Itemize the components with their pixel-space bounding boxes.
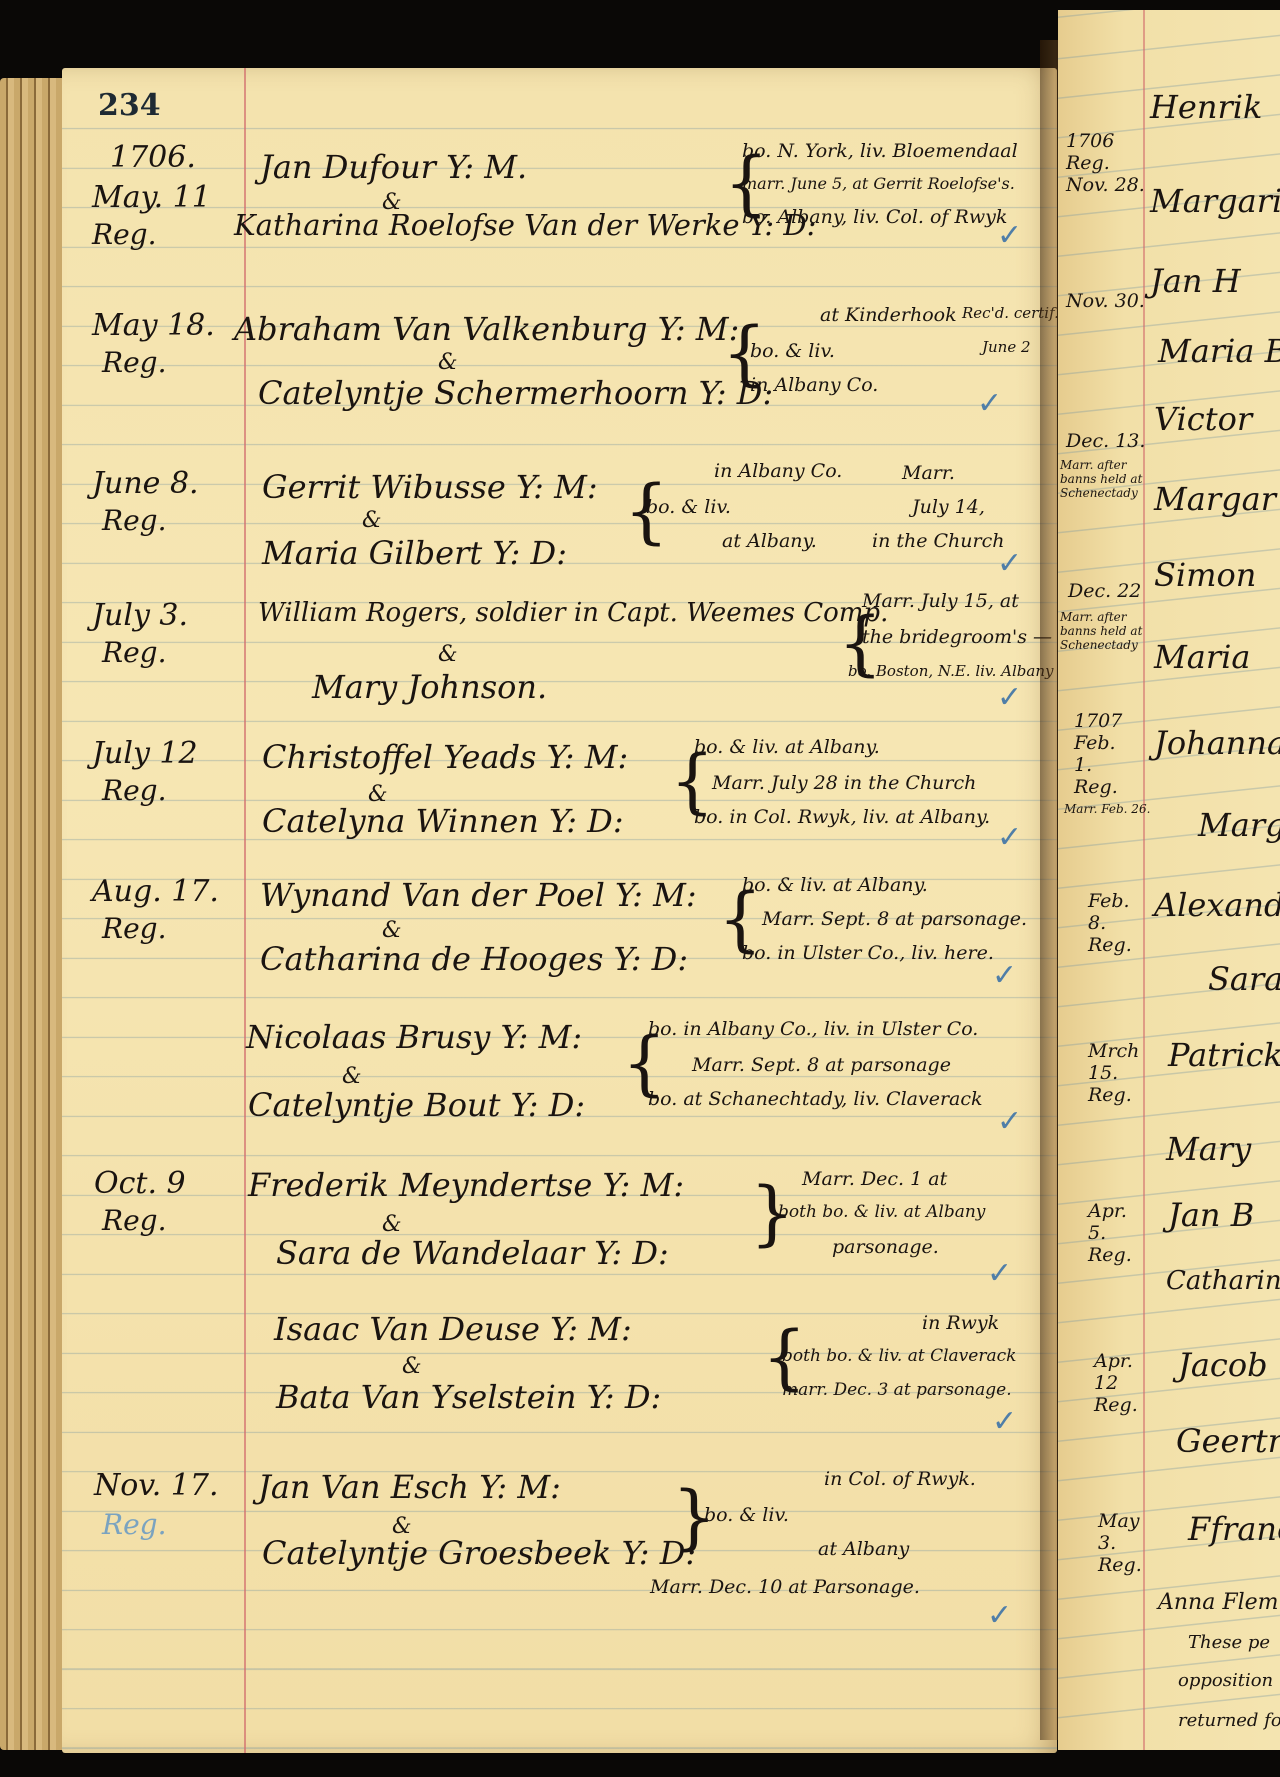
entry-note: bo. & liv. (750, 340, 835, 362)
entry-note: the bridegroom's — (862, 626, 1052, 648)
entry-note: Marr. after banns held at Schenectady (1060, 458, 1144, 500)
bride-name: Sara de Wandelaar Y: D: (276, 1234, 669, 1272)
groom-name: Nicolaas Brusy Y: M: (246, 1018, 582, 1056)
left-page: 234 1706. May. 11 Reg. Jan Dufour Y: M. … (62, 68, 1057, 1753)
entry-name: Alexander (1154, 886, 1280, 924)
entry-name: Patrick (1168, 1036, 1280, 1074)
entry-reg: Reg. (102, 346, 166, 379)
entry-note: bo. Albany, liv. Col. of Rwyk (742, 206, 1007, 228)
entry-date: Nov. 30. (1066, 290, 1145, 312)
checkmark-icon: ✓ (997, 680, 1022, 715)
entry-name: Simon (1154, 556, 1256, 594)
entry-name: Sara (1208, 960, 1280, 998)
checkmark-icon: ✓ (997, 1104, 1022, 1139)
entry-reg: Reg. (102, 774, 166, 807)
year-heading: 1706. (110, 140, 196, 175)
entry-note: returned fo (1178, 1710, 1280, 1731)
entry-reg: Reg. (102, 1204, 166, 1237)
page-edge-stack (0, 78, 70, 1750)
checkmark-icon: ✓ (997, 820, 1022, 855)
entry-note: June 2 (982, 338, 1031, 356)
bride-name: Catelyna Winnen Y: D: (262, 802, 624, 840)
entry-note: in Albany Co. (750, 374, 878, 396)
entry-date: Mrch 15. Reg. (1088, 1040, 1148, 1106)
entry-note: at Albany. (722, 530, 817, 552)
groom-name: Isaac Van Deuse Y: M: (274, 1310, 632, 1348)
page-number: 234 (98, 88, 161, 123)
checkmark-icon: ✓ (977, 386, 1002, 421)
entry-reg: Reg. (92, 218, 156, 251)
entry-reg: Reg. (102, 1508, 166, 1541)
checkmark-icon: ✓ (987, 1256, 1012, 1291)
entry-name: Victor (1154, 400, 1252, 438)
entry-note: Marr. Dec. 1 at (802, 1168, 947, 1190)
entry-date: Aug. 17. (92, 874, 219, 909)
brace-icon: { (724, 148, 769, 218)
checkmark-icon: ✓ (997, 218, 1022, 253)
entry-note: in Rwyk (922, 1312, 999, 1334)
entry-date: July 3. (92, 598, 188, 633)
entry-note: Marr. Dec. 10 at Parsonage. (650, 1576, 920, 1598)
entry-note: These pe (1188, 1632, 1270, 1653)
entry-date: May 18. (92, 308, 215, 343)
entry-date: Dec. 22 (1068, 580, 1141, 602)
entry-name: Johanna (1154, 724, 1280, 762)
entry-date: 1707 Feb. 1. Reg. (1074, 710, 1134, 798)
bride-name: Bata Van Yselstein Y: D: (276, 1378, 661, 1416)
entry-note: bo. & liv. at Albany. (694, 736, 880, 758)
checkmark-icon: ✓ (992, 958, 1017, 993)
entry-note: bo. at Schanechtady, liv. Claverack (648, 1088, 983, 1110)
entry-date: May 3. Reg. (1098, 1510, 1154, 1576)
entry-note: Marr. (902, 462, 955, 484)
entry-note: Marr. Feb. 26. (1064, 802, 1150, 816)
entry-name: Marg (1198, 806, 1280, 844)
entry-note: bo. in Ulster Co., liv. here. (742, 942, 994, 964)
entry-date: July 12 (92, 736, 198, 771)
groom-name: Frederik Meyndertse Y: M: (248, 1166, 684, 1204)
entry-name: Maria (1154, 638, 1250, 676)
bride-name: Mary Johnson. (312, 668, 547, 706)
entry-note: Marr. after banns held at Schenectady (1060, 610, 1144, 652)
entry-name: Maria B (1158, 332, 1280, 370)
entry-note: at Albany (818, 1538, 909, 1560)
groom-name: Abraham Van Valkenburg Y: M: (234, 310, 739, 348)
entry-note: opposition (1178, 1670, 1273, 1691)
entry-note: bo. in Albany Co., liv. in Ulster Co. (648, 1018, 978, 1040)
checkmark-icon: ✓ (997, 546, 1022, 581)
checkmark-icon: ✓ (992, 1404, 1017, 1439)
groom-name: William Rogers, soldier in Capt. Weemes … (258, 598, 888, 628)
conjunction: & (402, 1354, 422, 1379)
entry-note: July 14, (912, 496, 985, 518)
entry-date: 1706 Reg. Nov. 28. (1066, 130, 1146, 196)
entry-reg: Reg. (102, 504, 166, 537)
checkmark-icon: ✓ (987, 1598, 1012, 1633)
bride-name: Catelyntje Groesbeek Y: D: (262, 1534, 696, 1572)
entry-note: bo. & liv. (646, 496, 731, 518)
entry-date: Apr. 12 Reg. (1094, 1350, 1150, 1416)
entry-date: Nov. 17. (94, 1468, 218, 1503)
bride-name: Catelyntje Schermerhoorn Y: D: (258, 374, 773, 412)
entry-reg: Reg. (102, 912, 166, 945)
entry-note: Marr. Sept. 8 at parsonage (692, 1054, 951, 1076)
entry-name: Margarita (1150, 182, 1280, 220)
entry-name: Jacob (1178, 1346, 1268, 1384)
entry-note: at Kinderhook (820, 304, 957, 326)
entry-note: both bo. & liv. at Claverack (782, 1346, 1016, 1366)
entry-note: in Col. of Rwyk. (824, 1468, 976, 1490)
entry-name: Jan B (1168, 1196, 1254, 1234)
entry-name: Margar (1154, 480, 1276, 518)
groom-name: Christoffel Yeads Y: M: (262, 738, 628, 776)
entry-note: parsonage. (832, 1236, 939, 1258)
entry-note: bo. & liv. at Albany. (742, 874, 928, 896)
entry-note: Marr. July 15, at (862, 590, 1019, 612)
entry-name: Catharina (1166, 1266, 1280, 1296)
bride-name: Maria Gilbert Y: D: (262, 534, 567, 572)
entry-note: marr. Dec. 3 at parsonage. (782, 1380, 1012, 1400)
entry-note: bo. Boston, N.E. liv. Albany (848, 662, 1053, 680)
groom-name: Gerrit Wibusse Y: M: (262, 468, 598, 506)
entry-note: bo. N. York, liv. Bloemendaal (742, 140, 1018, 162)
groom-name: Jan Dufour Y: M. (260, 148, 527, 186)
entry-date: May. 11 (92, 180, 211, 215)
right-page: 1706 Reg. Nov. 28. Henrik Margarita Nov.… (1058, 10, 1280, 1750)
entry-date: June 8. (92, 466, 199, 501)
entry-note: in Albany Co. (714, 460, 842, 482)
entry-note: bo. in Col. Rwyk, liv. at Albany. (694, 806, 990, 828)
entry-name: Henrik (1150, 88, 1262, 126)
entry-name: Jan H (1150, 262, 1241, 300)
bride-name: Catelyntje Bout Y: D: (248, 1086, 585, 1124)
entry-date: Apr. 5. Reg. (1088, 1200, 1144, 1266)
groom-name: Jan Van Esch Y: M: (258, 1468, 561, 1506)
entry-date: Oct. 9 (94, 1166, 186, 1201)
entry-note: marr. June 5, at Gerrit Roelofse's. (742, 174, 1015, 193)
entry-name: Mary (1166, 1130, 1251, 1168)
entry-note: in the Church (872, 530, 1004, 552)
entry-note: Marr. Sept. 8 at parsonage. (762, 908, 1027, 930)
entry-name: Geertruy (1176, 1422, 1280, 1460)
groom-name: Wynand Van der Poel Y: M: (260, 876, 697, 914)
entry-note: both bo. & liv. at Albany (778, 1202, 985, 1222)
entry-note: bo. & liv. (704, 1504, 789, 1526)
entry-note: Marr. July 28 in the Church (712, 772, 976, 794)
entry-date: Dec. 13. (1066, 430, 1145, 452)
bride-name: Catharina de Hooges Y: D: (260, 940, 688, 978)
conjunction: & (362, 508, 382, 533)
entry-date: Feb. 8. Reg. (1088, 890, 1144, 956)
conjunction: & (438, 350, 458, 375)
margin-line (1143, 10, 1145, 1750)
entry-name: Anna Flem (1158, 1590, 1279, 1615)
entry-reg: Reg. (102, 636, 166, 669)
entry-name: Ffranc (1188, 1510, 1280, 1548)
conjunction: & (438, 642, 458, 667)
